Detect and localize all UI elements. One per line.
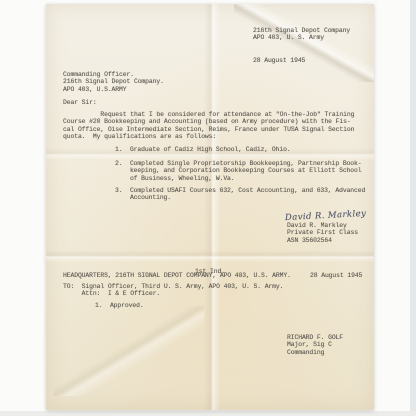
handwritten-signature: David R. Markley xyxy=(285,209,367,223)
scanner-edge-right xyxy=(410,0,416,416)
endorsement-to-block: TO: Signal Officer, Third U. S. Army, AP… xyxy=(63,283,283,298)
sender-address-block: 216th Signal Depot Company APO 403, U. S… xyxy=(253,27,350,42)
endorsement-headquarters-block: HEADQUARTERS, 216TH SIGNAL DEPOT COMPANY… xyxy=(63,272,291,279)
letter-date-block: 28 August 1945 xyxy=(253,57,305,64)
qualification-item-2: 2. Completed Single Proprietorship Bookk… xyxy=(115,160,362,182)
endorsement-approval-block: 1. Approved. xyxy=(95,302,144,309)
body-paragraph: Request that I be considered for attenda… xyxy=(63,111,354,140)
qualification-2-line-2: keeping, and Corporation Bookkeeping Cou… xyxy=(115,167,362,174)
endorsement-signer-title: Commanding xyxy=(287,349,343,356)
vertical-fold-crease xyxy=(204,4,220,410)
recipient-address-block: Commanding Officer. 216th Signal Depot C… xyxy=(63,71,164,93)
endorsement-date: 28 August 1945 xyxy=(310,272,362,279)
scanner-edge-bottom xyxy=(0,411,416,416)
corner-crease-bottom-left xyxy=(54,306,204,396)
endorsement-approval: 1. Approved. xyxy=(95,302,144,309)
sender-apo-line: APO 403, U. S. Army xyxy=(253,34,350,41)
qualification-item-1: 1. Graduate of Cadiz High School, Cadiz,… xyxy=(115,146,291,153)
body-line-3: cal Office, Oise Intermediate Section, R… xyxy=(63,126,354,133)
qualification-item-3: 3. Completed USAFI Courses 632, Cost Acc… xyxy=(115,187,365,202)
corner-crease-top-right xyxy=(234,4,374,82)
salutation-block: Dear Sir: xyxy=(63,99,97,106)
endorsement-signer-block: RICHARD F. GOLF Major, Sig C Commanding xyxy=(287,334,343,356)
signer-asn: ASN 35602564 xyxy=(287,237,358,244)
body-line-4: quota. My qualifications are as follows: xyxy=(63,133,354,140)
salutation: Dear Sir: xyxy=(63,99,97,106)
endorsement-signer-rank: Major, Sig C xyxy=(287,341,343,348)
qualification-2-line-3: of Business, Wheeling, W.Va. xyxy=(115,175,362,182)
signer-rank: Private First Class xyxy=(287,229,358,236)
recipient-line-2: 216th Signal Depot Company. xyxy=(63,78,164,85)
endorsement-date-block: 28 August 1945 xyxy=(310,272,362,279)
qualification-3-line-2: Accounting. xyxy=(115,194,365,201)
letter-date: 28 August 1945 xyxy=(253,57,305,64)
recipient-line-3: APO 403, U.S.ARMY xyxy=(63,86,164,93)
signature-block: David R. Markley David R. Markley Privat… xyxy=(287,222,358,244)
letter-paper: 216th Signal Depot Company APO 403, U. S… xyxy=(46,4,374,410)
body-line-2: Course #20 Bookkeeping and Accounting (b… xyxy=(63,118,354,125)
endorsement-headquarters: HEADQUARTERS, 216TH SIGNAL DEPOT COMPANY… xyxy=(63,272,291,279)
endorsement-to-line-2: Attn: I & E Officer. xyxy=(63,290,283,297)
qualification-1-line-1: 1. Graduate of Cadiz High School, Cadiz,… xyxy=(115,146,291,153)
